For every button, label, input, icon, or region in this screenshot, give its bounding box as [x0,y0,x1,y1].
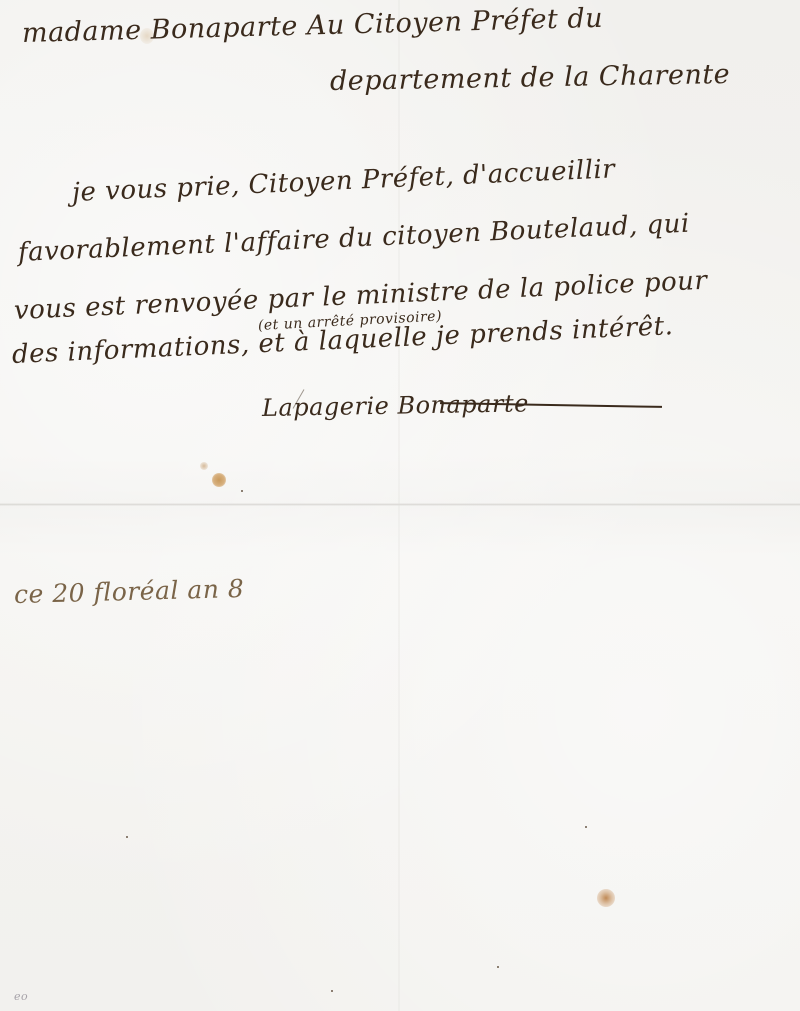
archive-mark: eo [14,990,28,1003]
paper-speck [126,836,128,838]
address-line-1: madame Bonaparte Au Citoyen Préfet du [22,3,604,49]
vertical-fold-line [398,0,400,1011]
body-line-2: favorablement l'affaire du citoyen Boute… [17,209,690,268]
horizontal-fold-line [0,503,800,506]
signature: Lapagerie Bonaparte [262,389,529,422]
paper-speck [497,966,499,968]
paper-speck [331,990,333,992]
paper-stain [212,473,226,487]
paper-speck [585,826,587,828]
paper-stain [597,889,615,907]
paper-speck [241,490,243,492]
body-line-1: je vous prie, Citoyen Préfet, d'accueill… [71,154,615,208]
date-line: ce 20 floréal an 8 [14,574,245,609]
letter-page: madame Bonaparte Au Citoyen Préfet du de… [0,0,800,1011]
address-line-2: departement de la Charente [330,59,731,97]
paper-stain [200,462,208,470]
